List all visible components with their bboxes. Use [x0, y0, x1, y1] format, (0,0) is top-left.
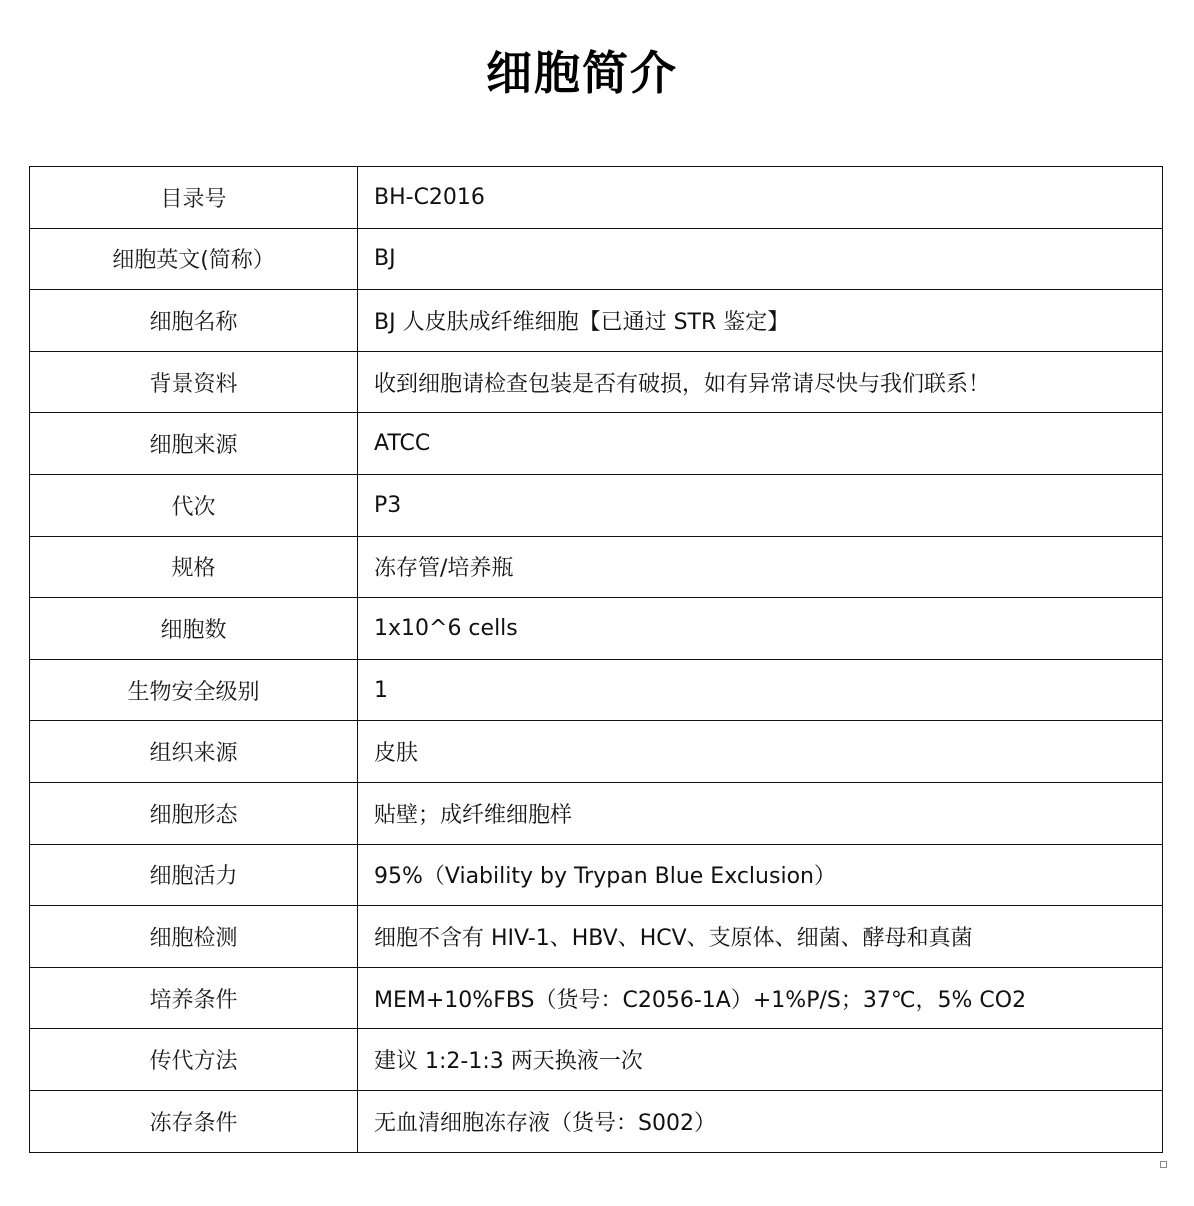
table-row-english-abbreviation: 细胞英文(简称） BJ	[30, 228, 1163, 290]
table-row-viability: 细胞活力 95%（Viability by Trypan Blue Exclus…	[30, 844, 1163, 906]
row-value: 1x10^6 cells	[358, 598, 1163, 660]
table-row-testing: 细胞检测 细胞不含有 HIV-1、HBV、HCV、支原体、细菌、酵母和真菌	[30, 906, 1163, 968]
row-label: 细胞来源	[30, 413, 358, 475]
row-label: 组织来源	[30, 721, 358, 783]
table-row-biosafety-level: 生物安全级别 1	[30, 659, 1163, 721]
table-row-passage: 代次 P3	[30, 474, 1163, 536]
row-value: P3	[358, 474, 1163, 536]
row-value: 收到细胞请检查包装是否有破损，如有异常请尽快与我们联系！	[358, 351, 1163, 413]
table-row-cell-name: 细胞名称 BJ 人皮肤成纤维细胞【已通过 STR 鉴定】	[30, 290, 1163, 352]
row-value: 贴壁；成纤维细胞样	[358, 782, 1163, 844]
row-value: ATCC	[358, 413, 1163, 475]
cell-info-table: 目录号 BH-C2016 细胞英文(简称） BJ 细胞名称 BJ 人皮肤成纤维细…	[29, 166, 1163, 1153]
table-row-specification: 规格 冻存管/培养瓶	[30, 536, 1163, 598]
row-label: 细胞名称	[30, 290, 358, 352]
row-label: 细胞英文(简称）	[30, 228, 358, 290]
row-label: 细胞活力	[30, 844, 358, 906]
row-label: 细胞形态	[30, 782, 358, 844]
document-title: 细胞简介	[0, 41, 1164, 105]
row-label: 规格	[30, 536, 358, 598]
row-label: 细胞检测	[30, 906, 358, 968]
row-value: 冻存管/培养瓶	[358, 536, 1163, 598]
row-value: 无血清细胞冻存液（货号：S002）	[358, 1090, 1163, 1152]
table-resize-handle[interactable]	[1160, 1161, 1167, 1168]
table-row-tissue-source: 组织来源 皮肤	[30, 721, 1163, 783]
table-row-cryopreservation: 冻存条件 无血清细胞冻存液（货号：S002）	[30, 1090, 1163, 1152]
row-value: MEM+10%FBS（货号：C2056-1A）+1%P/S；37℃，5% CO2	[358, 967, 1163, 1029]
row-label: 代次	[30, 474, 358, 536]
table-row-passage-method: 传代方法 建议 1:2-1:3 两天换液一次	[30, 1029, 1163, 1091]
table-row-morphology: 细胞形态 贴壁；成纤维细胞样	[30, 782, 1163, 844]
row-label: 冻存条件	[30, 1090, 358, 1152]
row-value: 95%（Viability by Trypan Blue Exclusion）	[358, 844, 1163, 906]
row-value: 建议 1:2-1:3 两天换液一次	[358, 1029, 1163, 1091]
row-value: 细胞不含有 HIV-1、HBV、HCV、支原体、细菌、酵母和真菌	[358, 906, 1163, 968]
row-label: 背景资料	[30, 351, 358, 413]
table-row-cell-count: 细胞数 1x10^6 cells	[30, 598, 1163, 660]
row-value: BJ	[358, 228, 1163, 290]
row-value: BH-C2016	[358, 167, 1163, 229]
table-row-catalog-number: 目录号 BH-C2016	[30, 167, 1163, 229]
row-value: BJ 人皮肤成纤维细胞【已通过 STR 鉴定】	[358, 290, 1163, 352]
row-label: 目录号	[30, 167, 358, 229]
table-row-cell-source: 细胞来源 ATCC	[30, 413, 1163, 475]
row-label: 生物安全级别	[30, 659, 358, 721]
row-label: 传代方法	[30, 1029, 358, 1091]
table-row-culture-conditions: 培养条件 MEM+10%FBS（货号：C2056-1A）+1%P/S；37℃，5…	[30, 967, 1163, 1029]
row-label: 细胞数	[30, 598, 358, 660]
table-row-background: 背景资料 收到细胞请检查包装是否有破损，如有异常请尽快与我们联系！	[30, 351, 1163, 413]
row-value: 1	[358, 659, 1163, 721]
row-label: 培养条件	[30, 967, 358, 1029]
row-value: 皮肤	[358, 721, 1163, 783]
